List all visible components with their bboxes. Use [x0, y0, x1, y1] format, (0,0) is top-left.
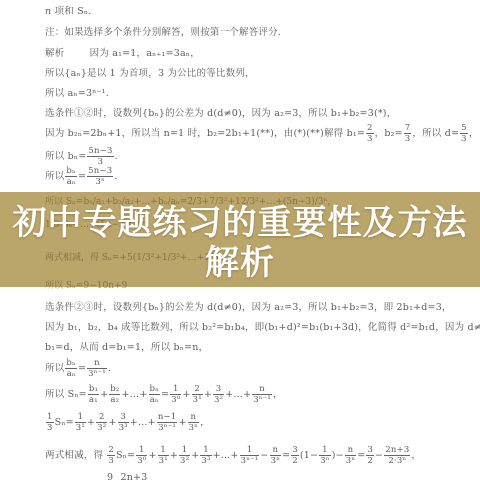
doc-line: 两式相减，得 23Sₙ=13⁰+13¹+13²+13³+…+13ⁿ⁻¹−n3ⁿ=…: [45, 445, 421, 466]
fraction: 5n−33: [87, 146, 113, 167]
doc-line-analysis: 解析 因为 a₁=1，aₙ₊₁=3aₙ，: [45, 48, 200, 59]
doc-line-note: 注：如果选择多个条件分别解答，则按第一个解答评分.: [45, 27, 281, 38]
math-var: Sₙ.: [77, 6, 91, 17]
banner-title-line2: 解析: [0, 243, 480, 283]
doc-line: 因为 b₁，b₂，b₄ 成等比数列，所以 b₂²=b₁b₄，即(b₁+d)²=b…: [45, 322, 480, 333]
text: 因为 b₂ₙ=2bₙ+1，所以当 n=1 时，b₂=2b₁+1(**)，由(*)…: [45, 128, 365, 139]
doc-line: 选条件①②时，设数列{bₙ}的公差为 d(d≠0)，因为 a₂=3，所以 b₁+…: [45, 108, 396, 119]
banner-title: 初中专题练习的重要性及方法 解析: [0, 203, 480, 283]
fraction: bₙaₙ: [65, 166, 77, 187]
fraction: 53: [460, 123, 468, 144]
doc-line: 所以{aₙ}是以 1 为首项，3 为公比的等比数列，: [45, 68, 255, 79]
doc-line: 选条件②③时，设数列{bₙ}的公差为 d(d≠0)，因为 a₂=3，所以 b₁+…: [45, 302, 452, 313]
doc-line: 所以bₙaₙ=5n−33ⁿ.: [45, 166, 118, 187]
text: 因为 a₁=1，aₙ₊₁=3aₙ，: [90, 48, 200, 59]
text: 项和: [55, 6, 74, 17]
doc-line-partial: 9 2n+3: [45, 472, 147, 480]
doc-line: 13Sₙ=13¹+23²+33³+…+n−13ⁿ⁻¹+n3ⁿ，: [45, 412, 210, 433]
fraction: n3ⁿ⁻¹: [87, 358, 107, 379]
analysis-label: 解析: [45, 48, 64, 59]
fraction: 73: [404, 123, 412, 144]
banner-title-line1: 初中专题练习的重要性及方法: [13, 203, 468, 243]
fraction: 5n−33ⁿ: [87, 166, 113, 187]
doc-line: 所以bₙaₙ=n3ⁿ⁻¹.: [45, 358, 111, 379]
doc-line: b₁=d，从而 d=b₁=1，所以 bₙ=n，: [45, 342, 208, 353]
doc-line: n 项和 Sₙ.: [45, 6, 91, 17]
fraction: 23: [366, 123, 374, 144]
doc-line: 所以 Sₙ=b₁a₁+b₂a₂+…+bₙaₙ=13⁰+23¹+33²+…+n3ⁿ…: [45, 384, 283, 405]
doc-line: 所以 bₙ=5n−33.: [45, 146, 118, 167]
math-var: n: [45, 6, 51, 17]
doc-line: 因为 b₂ₙ=2bₙ+1，所以当 n=1 时，b₂=2b₁+1(**)，由(*)…: [45, 123, 478, 144]
doc-line: 所以 aₙ=3ⁿ⁻¹.: [45, 88, 109, 99]
fraction: bₙaₙ: [65, 358, 77, 379]
